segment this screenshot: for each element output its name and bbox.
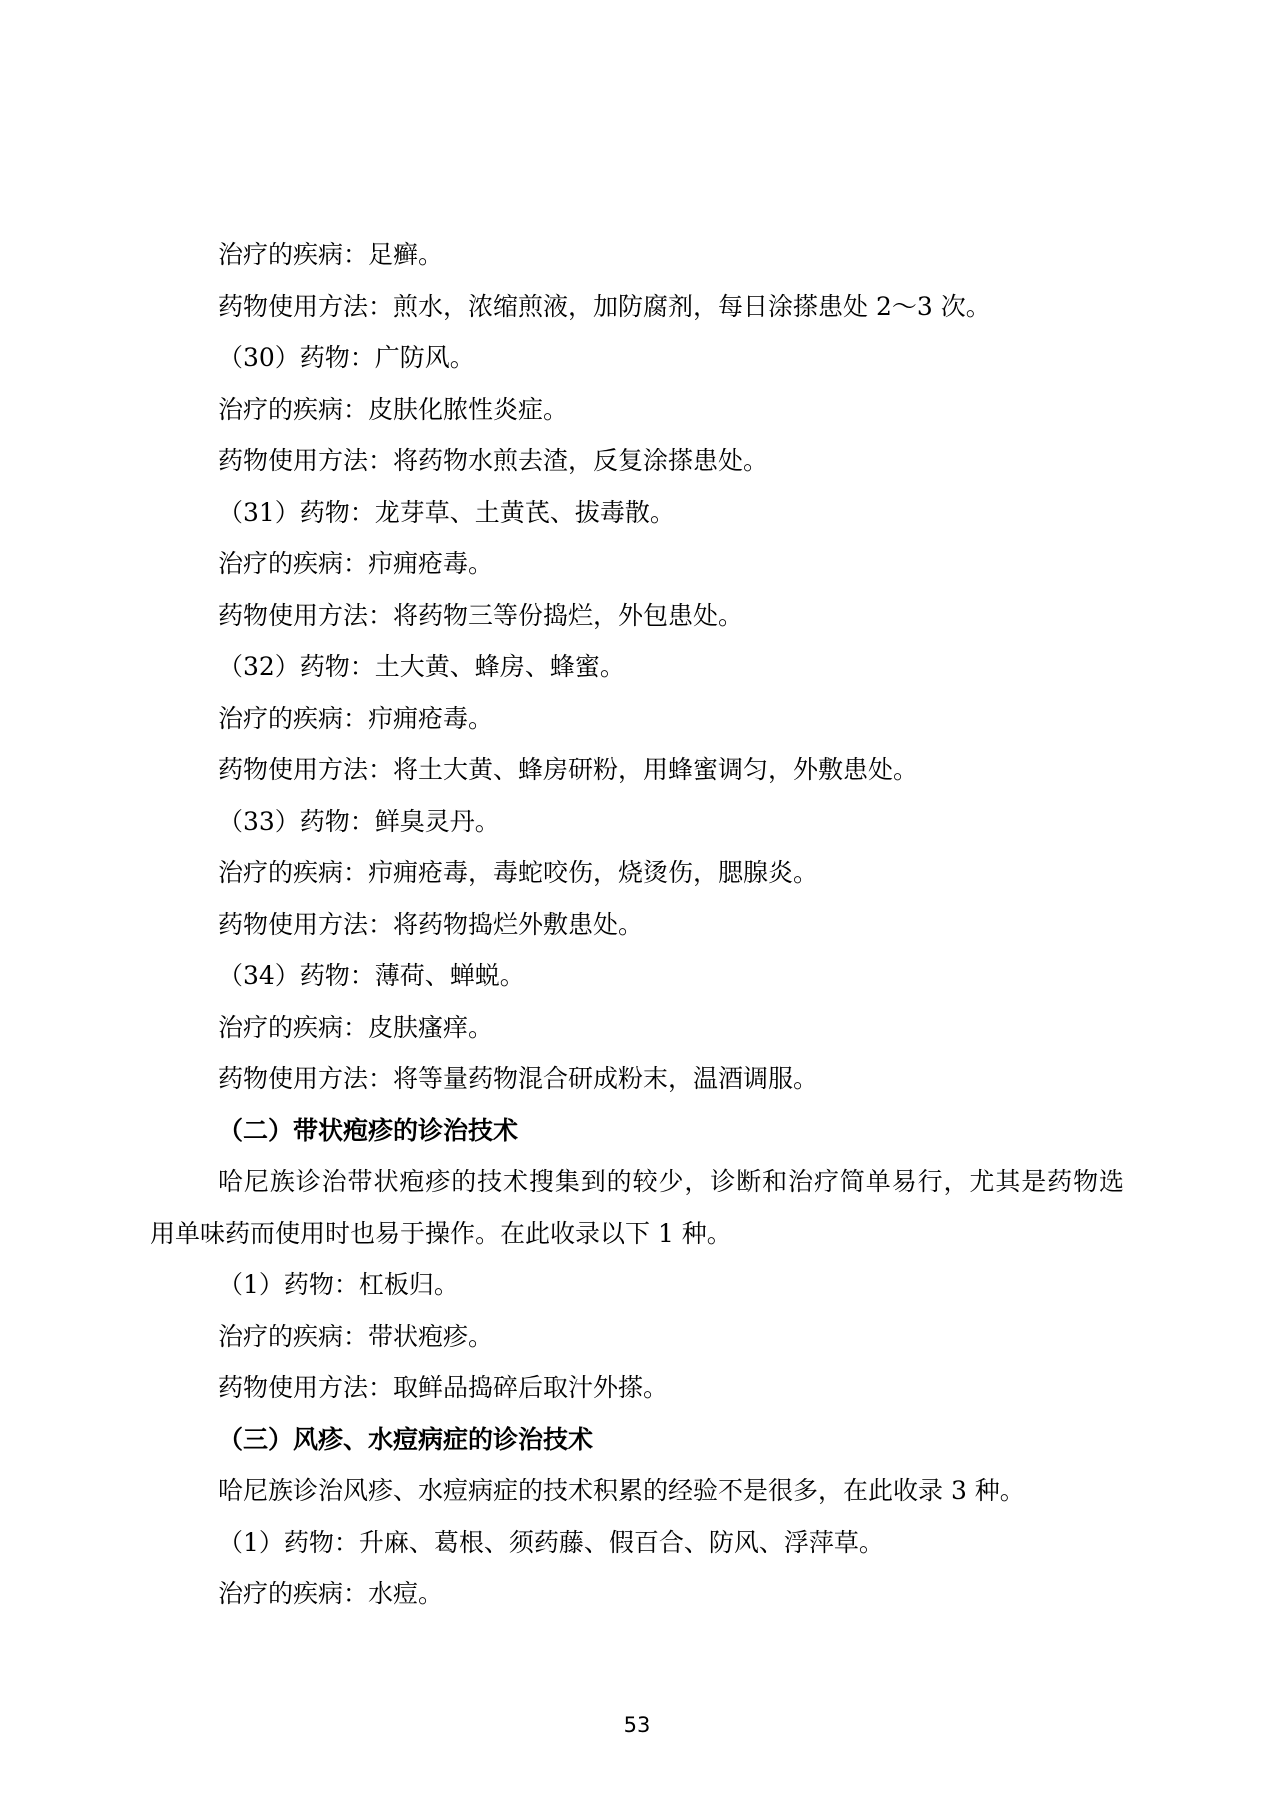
text-line: 药物使用方法：煎水，浓缩煎液，加防腐剂，每日涂搽患处 2～3 次。 [150, 281, 1124, 333]
text-line: 治疗的疾病：疖痈疮毒。 [150, 693, 1124, 745]
text-line: （1）药物：升麻、葛根、须药藤、假百合、防风、浮萍草。 [150, 1517, 1124, 1569]
text-line: （1）药物：杠板归。 [150, 1259, 1124, 1311]
text-line: 治疗的疾病：水痘。 [150, 1568, 1124, 1620]
page-number: 53 [0, 1712, 1274, 1738]
text-line: 治疗的疾病：足癣。 [150, 229, 1124, 281]
text-line: （31）药物：龙芽草、土黄芪、拔毒散。 [150, 487, 1124, 539]
text-line: 用单味药而使用时也易于操作。在此收录以下 1 种。 [150, 1208, 1124, 1260]
document-page: 治疗的疾病：足癣。 药物使用方法：煎水，浓缩煎液，加防腐剂，每日涂搽患处 2～3… [0, 0, 1274, 1801]
text-line: 药物使用方法：将土大黄、蜂房研粉，用蜂蜜调匀，外敷患处。 [150, 744, 1124, 796]
text-line: 药物使用方法：将药物捣烂外敷患处。 [150, 899, 1124, 951]
section-heading-3: （三）风疹、水痘病症的诊治技术 [150, 1414, 1124, 1466]
page-body: 治疗的疾病：足癣。 药物使用方法：煎水，浓缩煎液，加防腐剂，每日涂搽患处 2～3… [150, 229, 1124, 1620]
text-line: 治疗的疾病：带状疱疹。 [150, 1311, 1124, 1363]
text-line: （32）药物：土大黄、蜂房、蜂蜜。 [150, 641, 1124, 693]
text-line: 药物使用方法：将药物三等份捣烂，外包患处。 [150, 590, 1124, 642]
text-line: （33）药物：鲜臭灵丹。 [150, 796, 1124, 848]
text-line: 治疗的疾病：皮肤瘙痒。 [150, 1002, 1124, 1054]
text-line: 药物使用方法：取鲜品捣碎后取汁外搽。 [150, 1362, 1124, 1414]
text-line: 药物使用方法：将药物水煎去渣，反复涂搽患处。 [150, 435, 1124, 487]
text-line: 治疗的疾病：皮肤化脓性炎症。 [150, 384, 1124, 436]
text-line: 药物使用方法：将等量药物混合研成粉末，温酒调服。 [150, 1053, 1124, 1105]
text-line: 哈尼族诊治风疹、水痘病症的技术积累的经验不是很多，在此收录 3 种。 [150, 1465, 1124, 1517]
text-line: 哈尼族诊治带状疱疹的技术搜集到的较少，诊断和治疗简单易行，尤其是药物选 [150, 1156, 1124, 1208]
text-line: （30）药物：广防风。 [150, 332, 1124, 384]
text-line: 治疗的疾病：疖痈疮毒。 [150, 538, 1124, 590]
text-line: （34）药物：薄荷、蝉蜕。 [150, 950, 1124, 1002]
text-line: 治疗的疾病：疖痈疮毒，毒蛇咬伤，烧烫伤，腮腺炎。 [150, 847, 1124, 899]
section-heading-2: （二）带状疱疹的诊治技术 [150, 1105, 1124, 1157]
